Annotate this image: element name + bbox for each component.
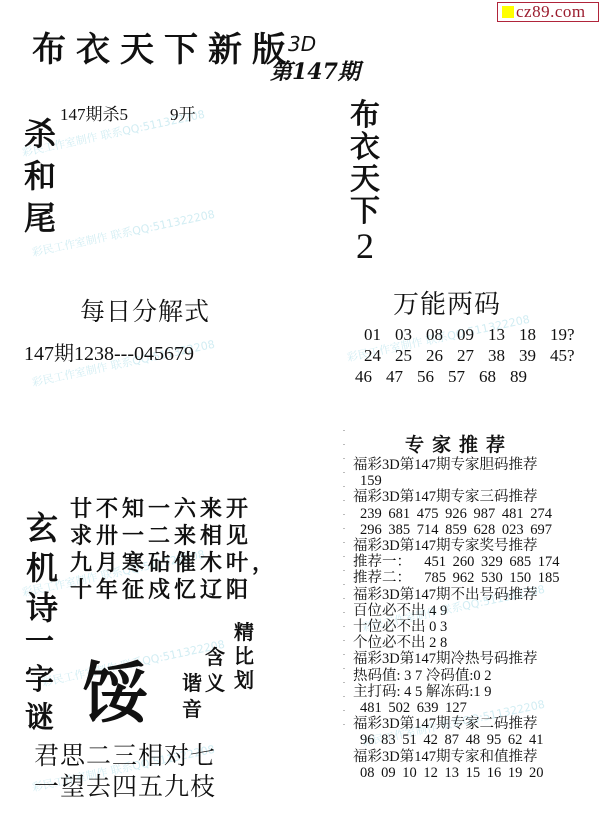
- expert-heading: 福彩3D第147期专家三码推荐: [353, 489, 560, 505]
- label-char: 杀: [24, 115, 60, 157]
- label-char: 一: [25, 622, 65, 660]
- kill-sum-tail-label: 杀 和 尾: [24, 115, 60, 241]
- expert-line: 百位必不出 4 9: [353, 603, 560, 619]
- hint-char: 义: [205, 670, 231, 696]
- label-char: 字: [25, 660, 65, 698]
- verse-block: 君思二三相对七 一望去四五九枝: [34, 740, 216, 802]
- kill-sum-tail-prefix: 147期杀5: [60, 105, 128, 124]
- verse-line: 一望去四五九枝: [34, 771, 216, 802]
- label-char: 天: [345, 164, 385, 196]
- page-title: 布衣天下新版: [32, 22, 296, 71]
- kill-sum-tail-line: 147期杀59开: [60, 100, 196, 125]
- label-char: 和: [24, 157, 60, 199]
- wanneng-title: 万能两码: [393, 284, 501, 321]
- code-cell: 03: [395, 324, 426, 345]
- label-char: 机: [26, 548, 66, 588]
- expert-line: 推荐二： 785 962 530 150 185: [353, 570, 560, 586]
- label-char: 玄: [26, 508, 66, 548]
- buyi-number: 2: [345, 230, 385, 262]
- code-cell: 08: [426, 324, 457, 345]
- code-cell: 19?: [550, 324, 581, 345]
- hint-char: 含: [205, 644, 231, 670]
- expert-numbers: 96 83 51 42 87 48 95 62 41: [353, 732, 560, 748]
- code-cell: 47: [386, 366, 417, 387]
- code-cell: 38: [488, 345, 519, 366]
- poem-line: 九月寒砧催木叶，: [70, 550, 278, 577]
- hint-char: 划: [234, 668, 260, 692]
- poem-line: 廿不知一六来开: [70, 496, 278, 523]
- site-logo-text: cz89.com: [516, 2, 586, 22]
- logo-square-icon: [502, 6, 514, 18]
- riddle-character: 馁: [82, 640, 148, 735]
- expert-title: 专家推荐: [405, 430, 513, 457]
- label-char: 尾: [24, 199, 60, 241]
- code-cell: 27: [457, 345, 488, 366]
- expert-heading: 福彩3D第147期专家奖号推荐: [353, 538, 560, 554]
- label-char: 谜: [25, 698, 65, 736]
- code-cell: 39: [519, 345, 550, 366]
- kill-sum-tail-suffix: 9开: [170, 105, 196, 124]
- expert-line: 热码值: 3 7 冷码值:0 2: [353, 668, 560, 684]
- poem-line: 十年征戍忆辽阳: [70, 577, 278, 604]
- label-char: 衣: [345, 132, 385, 164]
- riddle-label: 一 字 谜: [25, 622, 65, 736]
- code-cell: 45?: [550, 345, 581, 366]
- wanneng-row: 01 03 08 09 13 18 19?: [364, 324, 581, 345]
- label-char: 布: [345, 100, 385, 132]
- expert-line: 十位必不出 0 3: [353, 619, 560, 635]
- poem-line: 求卅一二来相见: [70, 523, 278, 550]
- daily-decomposition-title: 每日分解式: [80, 292, 210, 328]
- hint-char: 音: [182, 696, 208, 722]
- expert-heading: 福彩3D第147期专家二码推荐: [353, 716, 560, 732]
- wanneng-grid: 01 03 08 09 13 18 19? 24 25 26 27 38 39 …: [364, 324, 581, 387]
- hint-char: 精: [234, 620, 260, 644]
- code-cell: 26: [426, 345, 457, 366]
- expert-line: 推荐一： 451 260 329 685 174: [353, 554, 560, 570]
- daily-decomposition-line: 147期1238---045679: [24, 337, 194, 366]
- hint-char: 比: [234, 644, 260, 668]
- code-cell: 25: [395, 345, 426, 366]
- game-label: 3D: [288, 32, 316, 56]
- verse-line: 君思二三相对七: [34, 740, 216, 771]
- mystic-poem-lines: 廿不知一六来开 求卅一二来相见 九月寒砧催木叶， 十年征戍忆辽阳: [70, 496, 278, 604]
- expert-numbers: 239 681 475 926 987 481 274: [353, 506, 560, 522]
- issue-label: 第147期: [270, 55, 360, 86]
- expert-heading: 福彩3D第147期冷热号码推荐: [353, 651, 560, 667]
- buyi-vertical-block: 布 衣 天 下 2: [345, 100, 385, 262]
- code-cell: 01: [364, 324, 395, 345]
- code-cell: 09: [457, 324, 488, 345]
- dotted-divider: [343, 430, 345, 730]
- expert-numbers: 481 502 639 127: [353, 700, 560, 716]
- expert-line: 主打码: 4 5 解冻码:1 9: [353, 684, 560, 700]
- code-cell: 57: [448, 366, 479, 387]
- hint-meaning: 含 义: [205, 644, 231, 696]
- expert-numbers: 296 385 714 859 628 023 697: [353, 522, 560, 538]
- expert-numbers: 159: [353, 473, 560, 489]
- code-cell: 13: [488, 324, 519, 345]
- code-cell: 68: [479, 366, 510, 387]
- code-cell: 18: [519, 324, 550, 345]
- code-cell: 46: [355, 366, 386, 387]
- expert-numbers: 08 09 10 12 13 15 16 19 20: [353, 765, 560, 781]
- site-logo-badge[interactable]: cz89.com: [497, 2, 599, 22]
- label-char: 下: [345, 196, 385, 228]
- expert-heading: 福彩3D第147期不出号码推荐: [353, 587, 560, 603]
- code-cell: 89: [510, 366, 541, 387]
- expert-line: 个位必不出 2 8: [353, 635, 560, 651]
- hint-char: 谐: [182, 670, 208, 696]
- expert-heading: 福彩3D第147期专家胆码推荐: [353, 457, 560, 473]
- code-cell: 56: [417, 366, 448, 387]
- hint-homophone: 谐 音: [182, 670, 208, 722]
- mystic-poem-label: 玄 机 诗: [26, 508, 66, 628]
- hint-strokes: 精 比 划: [234, 620, 260, 692]
- expert-list: 福彩3D第147期专家胆码推荐 159 福彩3D第147期专家三码推荐 239 …: [353, 457, 560, 781]
- wanneng-row: 46 47 56 57 68 89: [355, 366, 581, 387]
- wanneng-row: 24 25 26 27 38 39 45?: [364, 345, 581, 366]
- code-cell: 24: [364, 345, 395, 366]
- expert-heading: 福彩3D第147期专家和值推荐: [353, 749, 560, 765]
